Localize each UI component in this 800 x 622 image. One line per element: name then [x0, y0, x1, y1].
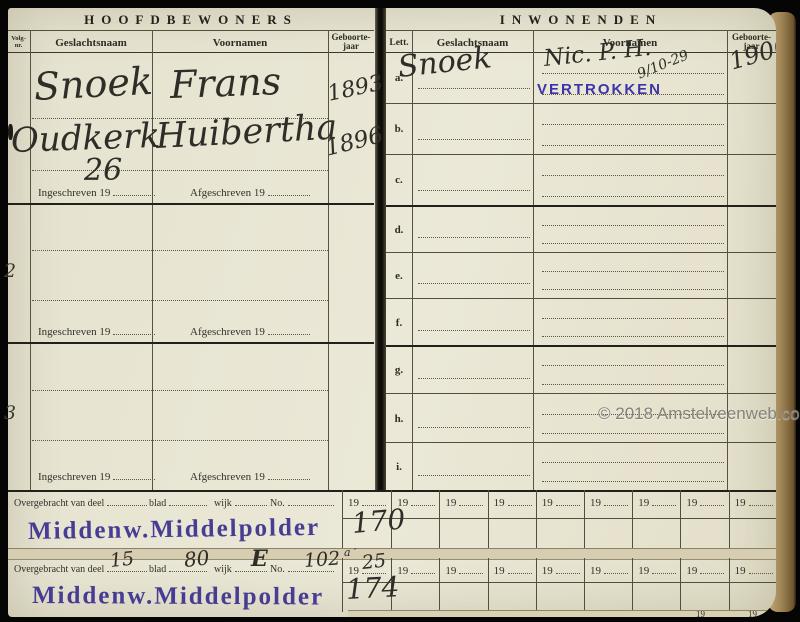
handwritten-year-value: 25 [361, 552, 387, 573]
margin-block-number-3: 3 [4, 402, 16, 424]
year-cell: 19 [536, 490, 584, 548]
overgebracht-label: Overgebracht van deel [14, 494, 147, 509]
letter-label: e. [386, 270, 412, 282]
edge-year: 19 [696, 610, 705, 617]
fill-in-dots [107, 494, 147, 506]
wijk-text: wijk [214, 564, 232, 575]
right-section-title: INWONENDEN [386, 12, 776, 28]
name-ruling [418, 475, 530, 476]
fill-in-dots [652, 494, 676, 506]
year-prefix: 19 [686, 565, 697, 577]
row-divider [343, 518, 776, 519]
letter-label: g. [386, 364, 412, 376]
name-ruling [542, 271, 724, 272]
middenw-middelpolder-stamp-2: Middenw.Middelpolder [32, 582, 324, 612]
name-ruling [542, 462, 724, 463]
year-prefix: 19 [638, 497, 649, 509]
name-ruling [542, 225, 724, 226]
row-divider [386, 442, 776, 443]
handwritten-annotation: a ′ [344, 547, 357, 558]
year-cells-row2: 191919191919191919 [342, 558, 776, 612]
name-ruling [418, 378, 530, 379]
year-prefix: 19 [686, 497, 697, 509]
name-ruling [542, 145, 724, 146]
scanned-register-photo: HOOFDBEWONERS INWONENDEN Volg-nr. Geslac… [0, 0, 800, 622]
year-prefix: 19 [494, 497, 505, 509]
fill-in-dots [411, 562, 435, 574]
row-divider [386, 298, 776, 299]
fill-in-dots [459, 562, 483, 574]
fill-in-dots [113, 468, 155, 480]
name-ruling [542, 124, 724, 125]
fill-in-dots [604, 494, 628, 506]
year-cell: 19 [729, 558, 776, 612]
handwritten-deel: 15 [109, 550, 135, 571]
column-header-volgnr: Volg-nr. [8, 35, 29, 49]
column-header-voornamen-left: Voornamen [152, 38, 328, 49]
name-ruling [32, 250, 328, 251]
fill-in-dots [700, 494, 724, 506]
year-cell: 19 [439, 490, 487, 548]
year-prefix: 19 [590, 497, 601, 509]
rule [412, 30, 413, 490]
fill-in-dots [268, 468, 310, 480]
ink-smudge [8, 124, 13, 140]
year-cell: 19 [632, 558, 680, 612]
name-ruling [32, 170, 328, 171]
overgebracht-text: Overgebracht van deel [14, 498, 104, 509]
handwritten-voornamen-2: Huibertha [155, 111, 338, 155]
margin-block-number-2: 2 [4, 260, 16, 282]
handwritten-blad: 80 [183, 547, 210, 570]
row-divider [386, 103, 776, 104]
afgeschreven-text: Afgeschreven 19 [190, 471, 265, 483]
year-prefix: 19 [494, 565, 505, 577]
fill-in-dots [508, 562, 532, 574]
year-cell: 19 [488, 490, 536, 548]
fill-in-dots [169, 494, 207, 506]
fill-in-dots [411, 494, 435, 506]
name-ruling [418, 330, 530, 331]
blad-text: blad [149, 498, 166, 509]
fill-in-dots [508, 494, 532, 506]
year-prefix: 19 [638, 565, 649, 577]
rule [8, 52, 374, 53]
year-prefix: 19 [397, 565, 408, 577]
name-ruling [542, 196, 724, 197]
letter-label: h. [386, 413, 412, 425]
name-ruling [542, 243, 724, 244]
no-text: No. [270, 498, 285, 509]
ingeschreven-text: Ingeschreven 19 [38, 326, 110, 338]
year-cell: 19 [439, 558, 487, 612]
geboortejaar-line2: jaar [328, 42, 374, 51]
fill-in-dots [268, 184, 310, 196]
rule [8, 30, 374, 31]
wijk-label: wijk [214, 494, 267, 509]
name-ruling [542, 175, 724, 176]
year-prefix: 19 [542, 497, 553, 509]
fill-in-dots [700, 562, 724, 574]
name-ruling [418, 283, 530, 284]
year-cell: 19 [584, 558, 632, 612]
ingeschreven-label: Ingeschreven 19 [38, 468, 155, 483]
year-prefix: 19 [735, 497, 746, 509]
name-ruling [542, 73, 724, 74]
handwritten-wijk: E [251, 548, 268, 570]
row-divider [386, 393, 776, 394]
year-cell: 19 [536, 558, 584, 612]
rule [30, 30, 31, 490]
afgeschreven-label: Afgeschreven 19 [190, 468, 310, 483]
letter-label: f. [386, 317, 412, 329]
year-cell: 19 [729, 490, 776, 548]
edge-year: 19 [748, 610, 757, 617]
block-divider [386, 345, 776, 347]
handwritten-voornamen-1: Frans [169, 62, 281, 104]
name-ruling [542, 318, 724, 319]
rule [386, 30, 776, 31]
blad-text: blad [149, 564, 166, 575]
name-ruling [418, 88, 530, 89]
name-ruling [32, 440, 328, 441]
fill-in-dots [749, 562, 773, 574]
year-prefix: 19 [590, 565, 601, 577]
handwritten-register-number-2: 174 [345, 573, 400, 604]
letter-label: c. [386, 174, 412, 186]
name-ruling [418, 190, 530, 191]
year-cell: 19 [680, 490, 728, 548]
name-ruling [418, 139, 530, 140]
column-header-geboortejaar-left: Geboorte- jaar [328, 33, 374, 51]
year-cell: 19 [488, 558, 536, 612]
vertrokken-stamp: VERTROKKEN [537, 81, 662, 98]
handwritten-no: 102 [303, 549, 341, 570]
name-ruling [542, 384, 724, 385]
middenw-middelpolder-stamp-1: Middenw.Middelpolder [28, 514, 320, 546]
name-ruling [542, 365, 724, 366]
column-header-geslachtsnaam-left: Geslachtsnaam [30, 38, 152, 49]
letter-label: b. [386, 123, 412, 135]
next-card-edge: 19 19 [348, 610, 776, 617]
year-prefix: 19 [735, 565, 746, 577]
fill-in-dots [288, 494, 334, 506]
year-prefix: 19 [445, 497, 456, 509]
block-divider [8, 342, 374, 344]
left-section-title: HOOFDBEWONERS [8, 12, 374, 28]
name-ruling [32, 300, 328, 301]
letter-label: d. [386, 224, 412, 236]
fill-in-dots [268, 323, 310, 335]
register-page: HOOFDBEWONERS INWONENDEN Volg-nr. Geslac… [8, 8, 776, 617]
rule [533, 30, 534, 490]
afgeschreven-text: Afgeschreven 19 [190, 326, 265, 338]
blad-label: blad [149, 494, 207, 509]
ingeschreven-label: Ingeschreven 19 [38, 323, 155, 338]
row-divider [386, 154, 776, 155]
year-prefix: 19 [542, 565, 553, 577]
year-cell: 19 [680, 558, 728, 612]
name-ruling [542, 336, 724, 337]
handwritten-geslachtsnaam-1: Snoek [33, 62, 154, 106]
handwritten-register-number-1: 170 [351, 505, 407, 538]
year-cells-row1: 191919191919191919 [342, 490, 776, 548]
ingeschreven-text: Ingeschreven 19 [38, 471, 110, 483]
fill-in-dots [652, 562, 676, 574]
copyright-watermark: © 2018 Amstelveenweb.com [598, 404, 800, 424]
fill-in-dots [556, 562, 580, 574]
afgeschreven-text: Afgeschreven 19 [190, 187, 265, 199]
name-ruling [542, 433, 724, 434]
fill-in-dots [604, 562, 628, 574]
column-header-lett: Lett. [386, 38, 412, 49]
name-ruling [418, 427, 530, 428]
letter-label: i. [386, 461, 412, 473]
block-divider [8, 203, 374, 205]
no-label: No. [270, 494, 334, 509]
row-divider [343, 582, 776, 583]
fill-in-dots [749, 494, 773, 506]
name-ruling [542, 289, 724, 290]
row-divider [386, 252, 776, 253]
fill-in-dots [235, 494, 267, 506]
handwritten-inwonende-geslachtsnaam: Snoek [396, 43, 492, 83]
afgeschreven-label: Afgeschreven 19 [190, 184, 310, 199]
block-divider [386, 205, 776, 207]
name-ruling [542, 481, 724, 482]
fill-in-dots [113, 323, 155, 335]
name-ruling [32, 390, 328, 391]
fill-in-dots [556, 494, 580, 506]
year-prefix: 19 [445, 565, 456, 577]
overgebracht-text: Overgebracht van deel [14, 564, 104, 575]
year-cell: 19 [584, 490, 632, 548]
wijk-text: wijk [214, 498, 232, 509]
fill-in-dots [459, 494, 483, 506]
year-cell: 19 [632, 490, 680, 548]
ingeschreven-text: Ingeschreven 19 [38, 187, 110, 199]
afgeschreven-label: Afgeschreven 19 [190, 323, 310, 338]
name-ruling [418, 237, 530, 238]
handwritten-ingeschreven-year: 26 [84, 156, 122, 186]
no-text: No. [270, 564, 285, 575]
